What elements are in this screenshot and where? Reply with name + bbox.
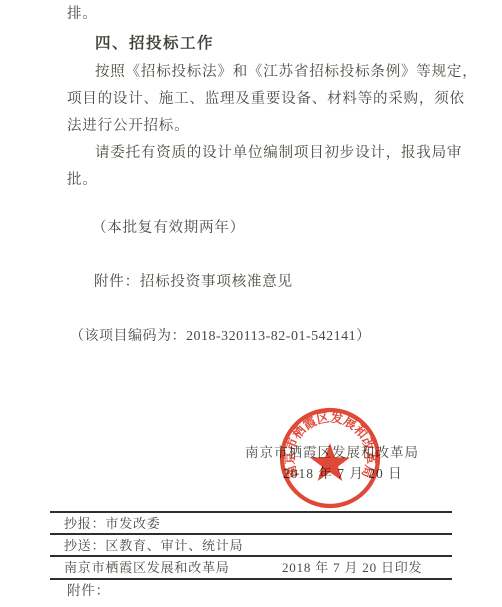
para2-line1: 请委托有资质的设计单位编制项目初步设计，报我局审 <box>95 146 462 162</box>
footer-attachment-label: 附件： <box>67 584 110 599</box>
footer-copy-report: 抄报：市发改委 <box>64 517 161 531</box>
para1-line2: 项目的设计、施工、监理及重要设备、材料等的采购，须依 <box>67 92 465 108</box>
para1-line3: 法进行公开招标。 <box>67 119 189 135</box>
section-heading: 四、招投标工作 <box>95 35 214 52</box>
footer-copy-send: 抄送：区教育、审计、统计局 <box>64 539 243 553</box>
attachment-line: 附件：招标投资事项核准意见 <box>94 275 293 291</box>
footer-rule-4 <box>50 578 452 580</box>
project-code-line: （该项目编码为：2018-320113-82-01-542141） <box>70 329 371 344</box>
validity-note: （本批复有效期两年） <box>92 221 245 237</box>
footer-rule-3 <box>50 555 452 557</box>
seal-star-icon <box>310 443 350 481</box>
para1-line1: 按照《招标投标法》和《江苏省招标投标条例》等规定， <box>95 65 478 81</box>
footer-issue-date: 2018 年 7 月 20 日印发 <box>282 561 422 575</box>
document-page: 排。 四、招投标工作 按照《招标投标法》和《江苏省招标投标条例》等规定， 项目的… <box>0 0 502 607</box>
footer-rule-2 <box>50 533 452 535</box>
footer-issuing-agency: 南京市栖霞区发展和改革局 <box>64 561 230 575</box>
footer-rule-1 <box>50 511 452 513</box>
para2-line2: 批。 <box>67 173 98 189</box>
official-seal: 南京市栖霞区发展和改革局 <box>270 398 390 518</box>
paragraph-overflow-line: 排。 <box>67 7 98 23</box>
official-seal-graphic: 南京市栖霞区发展和改革局 <box>270 398 390 518</box>
